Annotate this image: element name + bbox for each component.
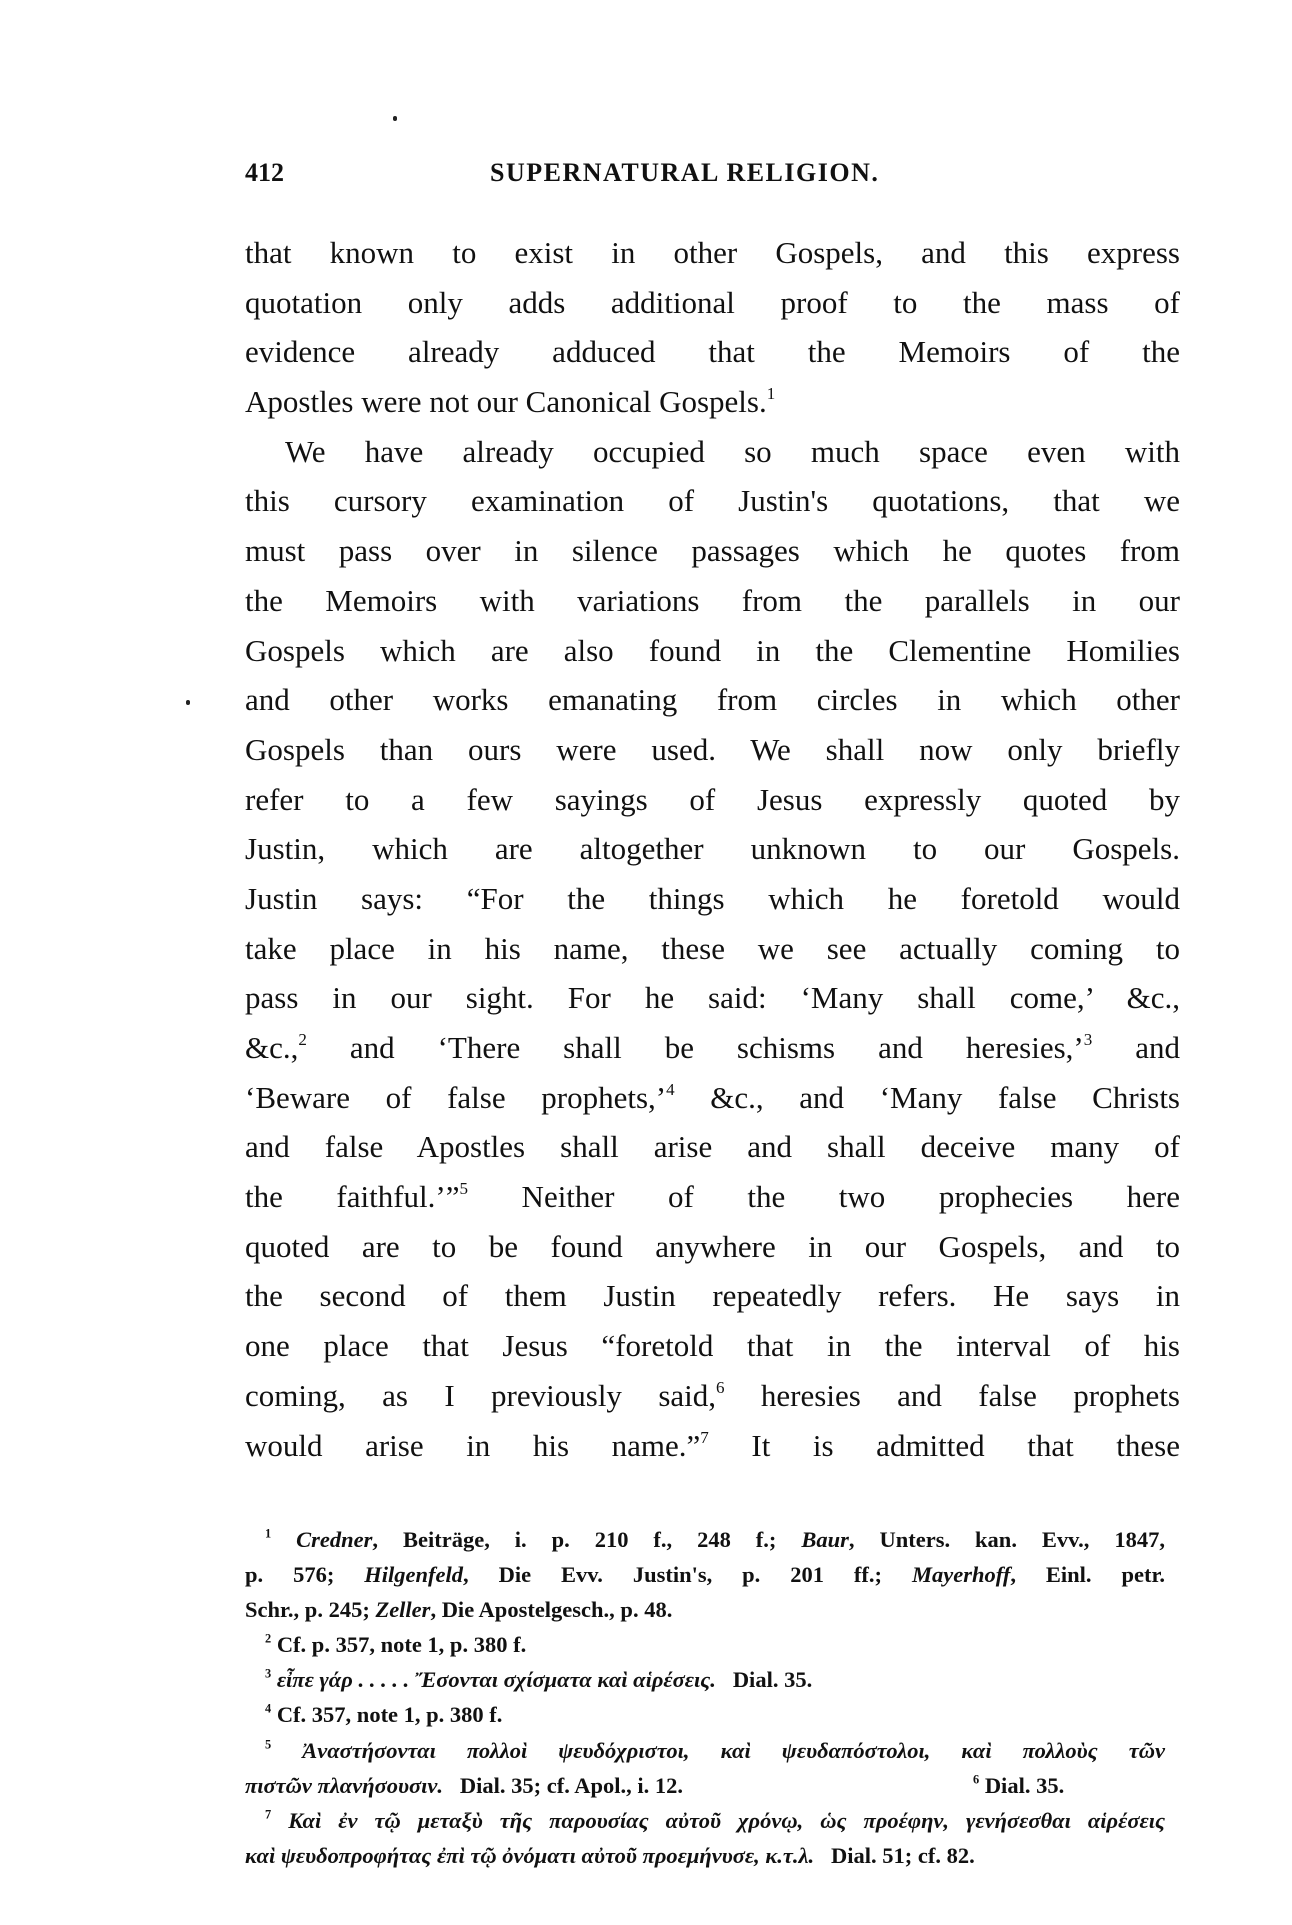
footnote-ref-4: 4 xyxy=(666,1080,675,1099)
footnote-5: 5 Ἀναστήσονται πολλοὶ ψευδόχριστοι, καὶ … xyxy=(245,1733,1165,1768)
footnote-ref-3: 3 xyxy=(1084,1030,1093,1049)
footnote-ref-6: 6 xyxy=(716,1378,725,1397)
text-line: ‘Beware of false prophets,’4 &c., and ‘M… xyxy=(245,1073,1180,1123)
footnote-7-cont: καὶ ψευδοπροφήτας ἐπὶ τῷ ὀνόματι αὐτοῦ π… xyxy=(245,1838,1165,1873)
text-line: and other works emanating from circles i… xyxy=(245,675,1180,725)
footnote-3: 3 εἶπε γάρ . . . . . Ἔσονται σχίσματα κα… xyxy=(245,1662,1165,1697)
body-text: that known to exist in other Gospels, an… xyxy=(245,228,1180,1470)
text-line: evidence already adduced that the Memoir… xyxy=(245,327,1180,377)
running-head: 412 SUPERNATURAL RELIGION. xyxy=(245,158,1180,188)
scan-speck-top xyxy=(393,116,397,121)
running-title: SUPERNATURAL RELIGION. xyxy=(490,158,879,188)
greek-quote: Ἀναστήσονται πολλοὶ ψευδόχριστοι, καὶ ψε… xyxy=(302,1738,1165,1763)
greek-quote: εἶπε γάρ . . . . . Ἔσονται σχίσματα καὶ … xyxy=(277,1667,716,1692)
footnote-ref-1: 1 xyxy=(767,384,776,403)
text-line: Gospels than ours were used. We shall no… xyxy=(245,725,1180,775)
footnote-1: 1 Credner, Beiträge, i. p. 210 f., 248 f… xyxy=(245,1522,1165,1557)
text-line: Justin, which are altogether unknown to … xyxy=(245,824,1180,874)
footnote-4: 4 Cf. 357, note 1, p. 380 f. xyxy=(245,1697,1165,1732)
footnotes: 1 Credner, Beiträge, i. p. 210 f., 248 f… xyxy=(245,1522,1165,1873)
text-line: this cursory examination of Justin's quo… xyxy=(245,476,1180,526)
text-line: Gospels which are also found in the Clem… xyxy=(245,626,1180,676)
text-line: quotation only adds additional proof to … xyxy=(245,278,1180,328)
text-line: the second of them Justin repeatedly ref… xyxy=(245,1271,1180,1321)
greek-quote: καὶ ψευδοπροφήτας ἐπὶ τῷ ὀνόματι αὐτοῦ π… xyxy=(245,1843,814,1868)
text-line: the faithful.’”5 Neither of the two prop… xyxy=(245,1172,1180,1222)
footnote-6: 6 Dial. 35. xyxy=(973,1768,1064,1803)
paragraph-start-line: We have already occupied so much space e… xyxy=(245,427,1180,477)
greek-quote: Καὶ ἐν τῷ μεταξὺ τῆς παρουσίας αὐτοῦ χρό… xyxy=(288,1808,1165,1833)
text-line: must pass over in silence passages which… xyxy=(245,526,1180,576)
text-line: one place that Jesus “foretold that in t… xyxy=(245,1321,1180,1371)
book-page: 412 SUPERNATURAL RELIGION. that known to… xyxy=(0,0,1292,1925)
text-line: and false Apostles shall arise and shall… xyxy=(245,1122,1180,1172)
footnote-ref-7: 7 xyxy=(700,1428,709,1447)
text-line: Apostles were not our Canonical Gospels.… xyxy=(245,377,1180,427)
footnote-ref-2: 2 xyxy=(298,1030,307,1049)
text-line: pass in our sight. For he said: ‘Many sh… xyxy=(245,973,1180,1023)
footnote-1-cont: p. 576; Hilgenfeld, Die Evv. Justin's, p… xyxy=(245,1557,1165,1592)
text-line: would arise in his name.”7 It is admitte… xyxy=(245,1421,1180,1471)
text-line: the Memoirs with variations from the par… xyxy=(245,576,1180,626)
footnote-7: 7 Καὶ ἐν τῷ μεταξὺ τῆς παρουσίας αὐτοῦ χ… xyxy=(245,1803,1165,1838)
text-line: &c.,2 and ‘There shall be schisms and he… xyxy=(245,1023,1180,1073)
greek-quote: πιστῶν πλανήσουσιν. xyxy=(245,1773,443,1798)
footnote-ref-5: 5 xyxy=(460,1179,469,1198)
text-line: coming, as I previously said,6 heresies … xyxy=(245,1371,1180,1421)
footnote-5-cont: πιστῶν πλανήσουσιν. Dial. 35; cf. Apol.,… xyxy=(245,1768,1165,1803)
text-line: refer to a few sayings of Jesus expressl… xyxy=(245,775,1180,825)
page-number: 412 xyxy=(245,158,284,188)
text-line: that known to exist in other Gospels, an… xyxy=(245,228,1180,278)
text-line: Justin says: “For the things which he fo… xyxy=(245,874,1180,924)
text-line: quoted are to be found anywhere in our G… xyxy=(245,1222,1180,1272)
text-line: take place in his name, these we see act… xyxy=(245,924,1180,974)
scan-speck-margin xyxy=(186,700,190,705)
footnote-1-cont: Schr., p. 245; Zeller, Die Apostelgesch.… xyxy=(245,1592,1165,1627)
footnote-2: 2 Cf. p. 357, note 1, p. 380 f. xyxy=(245,1627,1165,1662)
